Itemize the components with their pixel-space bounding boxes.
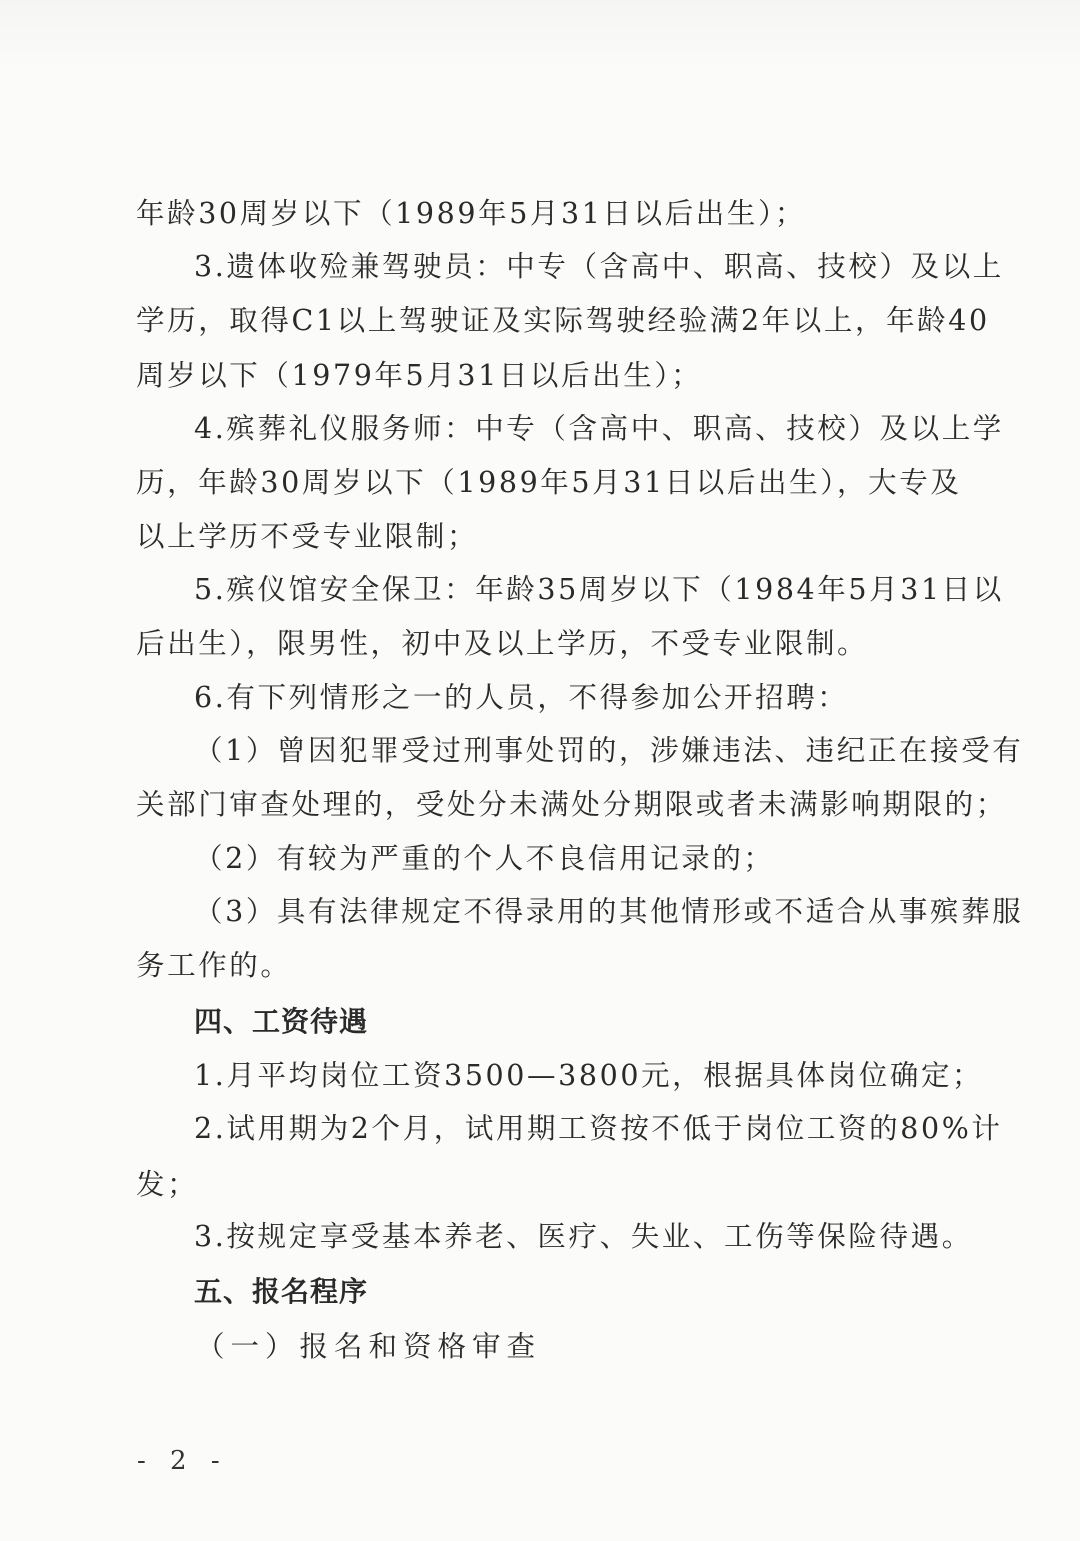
document-page: 年龄30周岁以下（1989年5月31日以后出生）； 3.遗体收殓兼驾驶员：中专（…: [0, 0, 1080, 1541]
text-line: 学历，取得C1以上驾驶证及实际驾驶经验满2年以上，年龄40: [136, 301, 960, 341]
text-line-item-3: 3.遗体收殓兼驾驶员：中专（含高中、职高、技校）及以上: [194, 247, 960, 287]
section-heading-salary: 四、工资待遇: [194, 1002, 960, 1042]
text-line: 年龄30周岁以下（1989年5月31日以后出生）；: [136, 194, 960, 234]
page-number: - 2 -: [137, 1444, 228, 1478]
text-line-item-5: 5.殡仪馆安全保卫：年龄35周岁以下（1984年5月31日以: [194, 570, 960, 610]
subsection-heading-registration-review: （一）报名和资格审查: [196, 1327, 962, 1367]
text-line-subitem-1: （1）曾因犯罪受过刑事处罚的，涉嫌违法、违纪正在接受有: [194, 731, 960, 771]
text-line: 后出生），限男性，初中及以上学历，不受专业限制。: [136, 624, 960, 664]
text-line: 发；: [136, 1165, 960, 1205]
section-heading-registration: 五、报名程序: [194, 1272, 960, 1312]
text-line-subitem-3: （3）具有法律规定不得录用的其他情形或不适合从事殡葬服: [194, 892, 960, 932]
text-line-subitem-2: （2）有较为严重的个人不良信用记录的；: [194, 839, 960, 879]
text-line: 周岁以下（1979年5月31日以后出生）；: [136, 356, 960, 396]
text-line: 关部门审查处理的，受处分未满处分期限或者未满影响期限的；: [136, 785, 960, 825]
text-line: 以上学历不受专业限制；: [136, 517, 960, 557]
text-line-item-6: 6.有下列情形之一的人员，不得参加公开招聘：: [194, 678, 960, 718]
salary-item-1: 1.月平均岗位工资3500—3800元，根据具体岗位确定；: [194, 1056, 960, 1096]
text-line: 历，年龄30周岁以下（1989年5月31日以后出生），大专及: [136, 463, 960, 503]
text-line: 务工作的。: [136, 946, 960, 986]
text-line-item-4: 4.殡葬礼仪服务师：中专（含高中、职高、技校）及以上学: [194, 409, 960, 449]
salary-item-3: 3.按规定享受基本养老、医疗、失业、工伤等保险待遇。: [194, 1217, 960, 1257]
salary-item-2: 2.试用期为2个月，试用期工资按不低于岗位工资的80%计: [194, 1109, 960, 1149]
